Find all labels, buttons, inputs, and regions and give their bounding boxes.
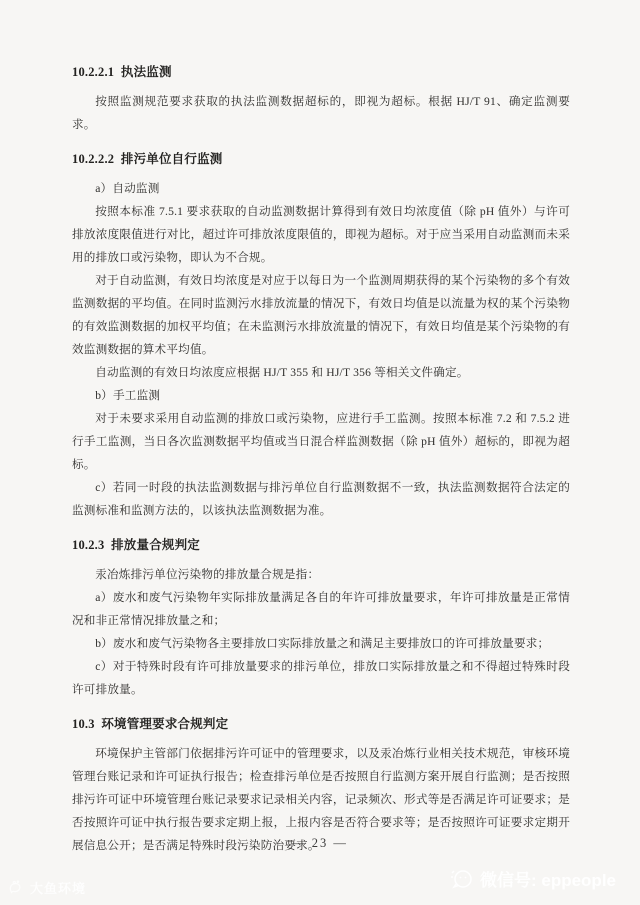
document-body: 10.2.2.1 执法监测 按照监测规范要求获取的执法监测数据超标的，即视为超标… [72, 62, 570, 857]
watermark-left-logo: 大鱼环境 [8, 878, 86, 897]
document-page: { "page": { "background": "#f7f6f4", "te… [0, 0, 640, 905]
paragraph: 对于未要求采用自动监测的排放口或污染物，应进行手工监测。按照本标准 7.2 和 … [72, 407, 570, 476]
scanned-page: 10.2.2.1 执法监测 按照监测规范要求获取的执法监测数据超标的，即视为超标… [0, 0, 640, 905]
watermark-wechat-text: 微信号: eppeople [480, 866, 616, 891]
paragraph: 自动监测的有效日均浓度应根据 HJ/T 355 和 HJ/T 356 等相关文件… [72, 361, 570, 384]
list-item-b: b）废水和废气污染物各主要排放口实际排放量之和满足主要排放口的许可排放量要求； [72, 632, 570, 655]
page-number: — 23 — [0, 836, 640, 851]
paragraph: 对于自动监测，有效日均浓度是对应于以每日为一个监测周期获得的某个污染物的多个有效… [72, 269, 570, 361]
paragraph: 按照监测规范要求获取的执法监测数据超标的，即视为超标。根据 HJ/T 91、确定… [72, 90, 570, 136]
list-item-a: a）废水和废气污染物年实际排放量满足各自的年许可排放量要求，年许可排放量是正常情… [72, 586, 570, 632]
watermark-left-text: 大鱼环境 [30, 878, 86, 897]
section-heading-103: 10.3 环境管理要求合规判定 [72, 714, 570, 732]
watermark-wechat: 微信号: eppeople [449, 866, 616, 891]
list-item-c: c）对于特殊时段有许可排放量要求的排污单位，排放口实际排放量之和不得超过特殊时段… [72, 655, 570, 701]
paragraph: 汞冶炼排污单位污染物的排放量合规是指： [72, 563, 570, 586]
list-item-b: b）手工监测 [72, 384, 570, 407]
list-item-a: a）自动监测 [72, 177, 570, 200]
wechat-icon [449, 867, 473, 891]
section-heading-10222: 10.2.2.2 排污单位自行监测 [72, 149, 570, 167]
section-heading-10221: 10.2.2.1 执法监测 [72, 62, 570, 80]
list-item-c: c）若同一时段的执法监测数据与排污单位自行监测数据不一致，执法监测数据符合法定的… [72, 476, 570, 522]
paragraph: 按照本标准 7.5.1 要求获取的自动监测数据计算得到有效日均浓度值（除 pH … [72, 200, 570, 269]
section-heading-1023: 10.2.3 排放量合规判定 [72, 535, 570, 553]
fish-logo-icon [8, 879, 26, 897]
